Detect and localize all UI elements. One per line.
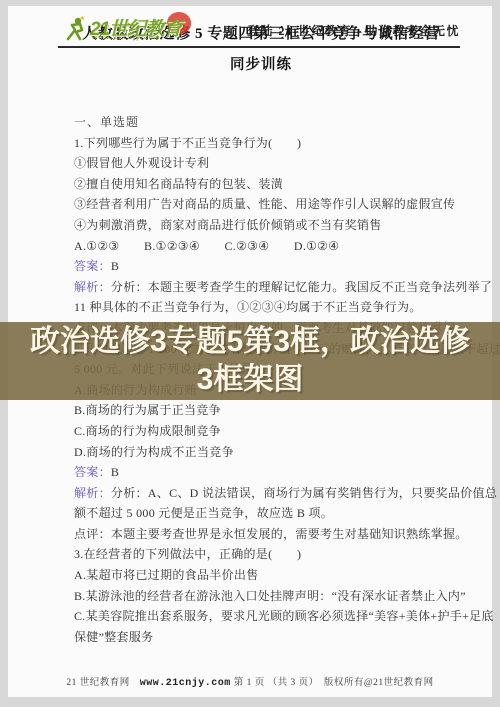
- footer-site: 21 世纪教育网: [66, 678, 129, 688]
- question-2-option-c: C.商场的行为构成限制竞争: [74, 421, 464, 442]
- question-1-item-3: ③经营者利用广告对商品的质量、性能、用途等作引人误解的虚假宣传: [74, 194, 464, 215]
- line-text: ①假冒他人外观设计专利: [74, 156, 209, 170]
- line-text: B: [111, 465, 119, 479]
- analysis-1: 解析：分析：本题主要考查学生的理解记忆能力。我国反不正当竞争法列举了: [74, 277, 464, 298]
- document-subtitle: 同步训练: [60, 53, 462, 74]
- line-text: ③经营者利用广告对商品的质量、性能、用途等作引人误解的虚假宣传: [74, 197, 455, 211]
- page-footer: 21 世纪教育网 www.21cnjy.com 第 1 页 （共 3 页） 版权…: [8, 674, 492, 689]
- line-text: A.某超市将已过期的食品半价出售: [74, 568, 258, 582]
- line-text: ④为刺激消费，商家对商品进行低价倾销或不当有奖销售: [74, 218, 382, 232]
- question-1-options: A.①②③ B.①②③④ C.②③④ D.①②④: [74, 236, 464, 257]
- analysis-1-cont: 11 种具体的不正当竞争行为，①②③④均属于不正当竞争行为。: [74, 297, 464, 318]
- question-3-option-a: A.某超市将已过期的食品半价出售: [74, 565, 464, 586]
- brand-logo: 21世纪教育 www.21cnjy.com: [62, 12, 212, 46]
- comment-2: 点评：本题主要考查世界是永恒发展的，需要考生对基础知识熟练掌握。: [74, 524, 464, 545]
- answer-2: 答案：B: [74, 462, 464, 483]
- footer-url: www.21cnjy.com: [140, 678, 231, 689]
- answer-label: 解析：: [74, 280, 111, 294]
- line-text: B: [111, 259, 119, 273]
- question-3-option-c: C.某美容院推出套系服务，要求凡光顾的顾客必须选择“美容+美体+护手+足底: [74, 606, 464, 627]
- question-1-item-2: ②擅自使用知名商品特有的包装、装潢: [74, 174, 464, 195]
- question-1-item-1: ①假冒他人外观设计专利: [74, 153, 464, 174]
- question-2-option-b: B.商场的行为属于正当竞争: [74, 400, 464, 421]
- line-text: 额不超过 5 000 元便是正当竞争，故应选 B 项。: [74, 506, 333, 520]
- runner-icon: [62, 16, 88, 42]
- footer-page-info: 第 1 页 （共 3 页）: [234, 678, 314, 688]
- question-3: 3.在经营者的下列做法中，正确的是( ): [74, 544, 464, 565]
- watermark-overlay: 政治选修3专题5第3框，政治选修3框架图: [0, 322, 500, 400]
- footer-copyright: 版权所有@21世纪教育网: [324, 678, 434, 688]
- line-text: 11 种具体的不正当竞争行为，①②③④均属于不正当竞争行为。: [74, 300, 422, 314]
- brand-text: 21世纪教育: [90, 19, 181, 40]
- question-1-item-4: ④为刺激消费，商家对商品进行低价倾销或不当有奖销售: [74, 215, 464, 236]
- line-text: 点评：本题主要考查世界是永恒发展的，需要考生对基础知识熟练掌握。: [74, 527, 468, 541]
- answer-label: 解析：: [74, 486, 111, 500]
- question-2-option-d: D.商场的行为构成不正当竞争: [74, 442, 464, 463]
- line-text: B.商场的行为属于正当竞争: [74, 403, 221, 417]
- page-header: 21世纪教育 www.21cnjy.com 登陆 21 世纪教育 助您教考全无忧: [58, 10, 460, 48]
- watermark-text: 政治选修3专题5第3框，政治选修3框架图: [27, 323, 473, 399]
- header-slogan: 登陆 21 世纪教育 助您教考全无忧: [247, 22, 460, 39]
- answer-label: 答案：: [74, 465, 111, 479]
- question-3-option-c-cont: 保健”整套服务: [74, 627, 464, 648]
- scanned-worksheet: { "header": { "brand": "21世纪教育", "brand_…: [0, 0, 500, 707]
- brand-wordmark: 21世纪教育: [90, 14, 181, 41]
- line-text: 3.在经营者的下列做法中，正确的是( ): [74, 547, 301, 561]
- line-text: C.某美容院推出套系服务，要求凡光顾的顾客必须选择“美容+美体+护手+足底: [74, 609, 494, 623]
- line-text: ②擅自使用知名商品特有的包装、装潢: [74, 177, 283, 191]
- question-1: 1.下列哪些行为属于不正当竞争行为( ): [74, 133, 464, 154]
- question-3-option-b: B.某游泳池的经营者在游泳池入口处挂牌声明：“没有深水证者禁止入内”: [74, 586, 464, 607]
- line-text: 一、单选题: [74, 115, 139, 129]
- answer-1: 答案：B: [74, 256, 464, 277]
- line-text: B.某游泳池的经营者在游泳池入口处挂牌声明：“没有深水证者禁止入内”: [74, 589, 466, 603]
- analysis-2: 解析：分析：A、C、D 说法错误，商场行为属有奖销售行为，只要奖品价值总: [74, 483, 464, 504]
- line-text: A.①②③ B.①②③④ C.②③④ D.①②④: [74, 239, 339, 253]
- line-text: 分析：A、C、D 说法错误，商场行为属有奖销售行为，只要奖品价值总: [111, 486, 497, 500]
- analysis-2-cont: 额不超过 5 000 元便是正当竞争，故应选 B 项。: [74, 503, 464, 524]
- line-text: 保健”整套服务: [74, 630, 153, 644]
- line-text: 分析：本题主要考查学生的理解记忆能力。我国反不正当竞争法列举了: [111, 280, 492, 294]
- section-heading: 一、单选题: [74, 112, 464, 133]
- line-text: D.商场的行为构成不正当竞争: [74, 445, 234, 459]
- answer-label: 答案：: [74, 259, 111, 273]
- line-text: C.商场的行为构成限制竞争: [74, 424, 221, 438]
- line-text: 1.下列哪些行为属于不正当竞争行为( ): [74, 136, 301, 150]
